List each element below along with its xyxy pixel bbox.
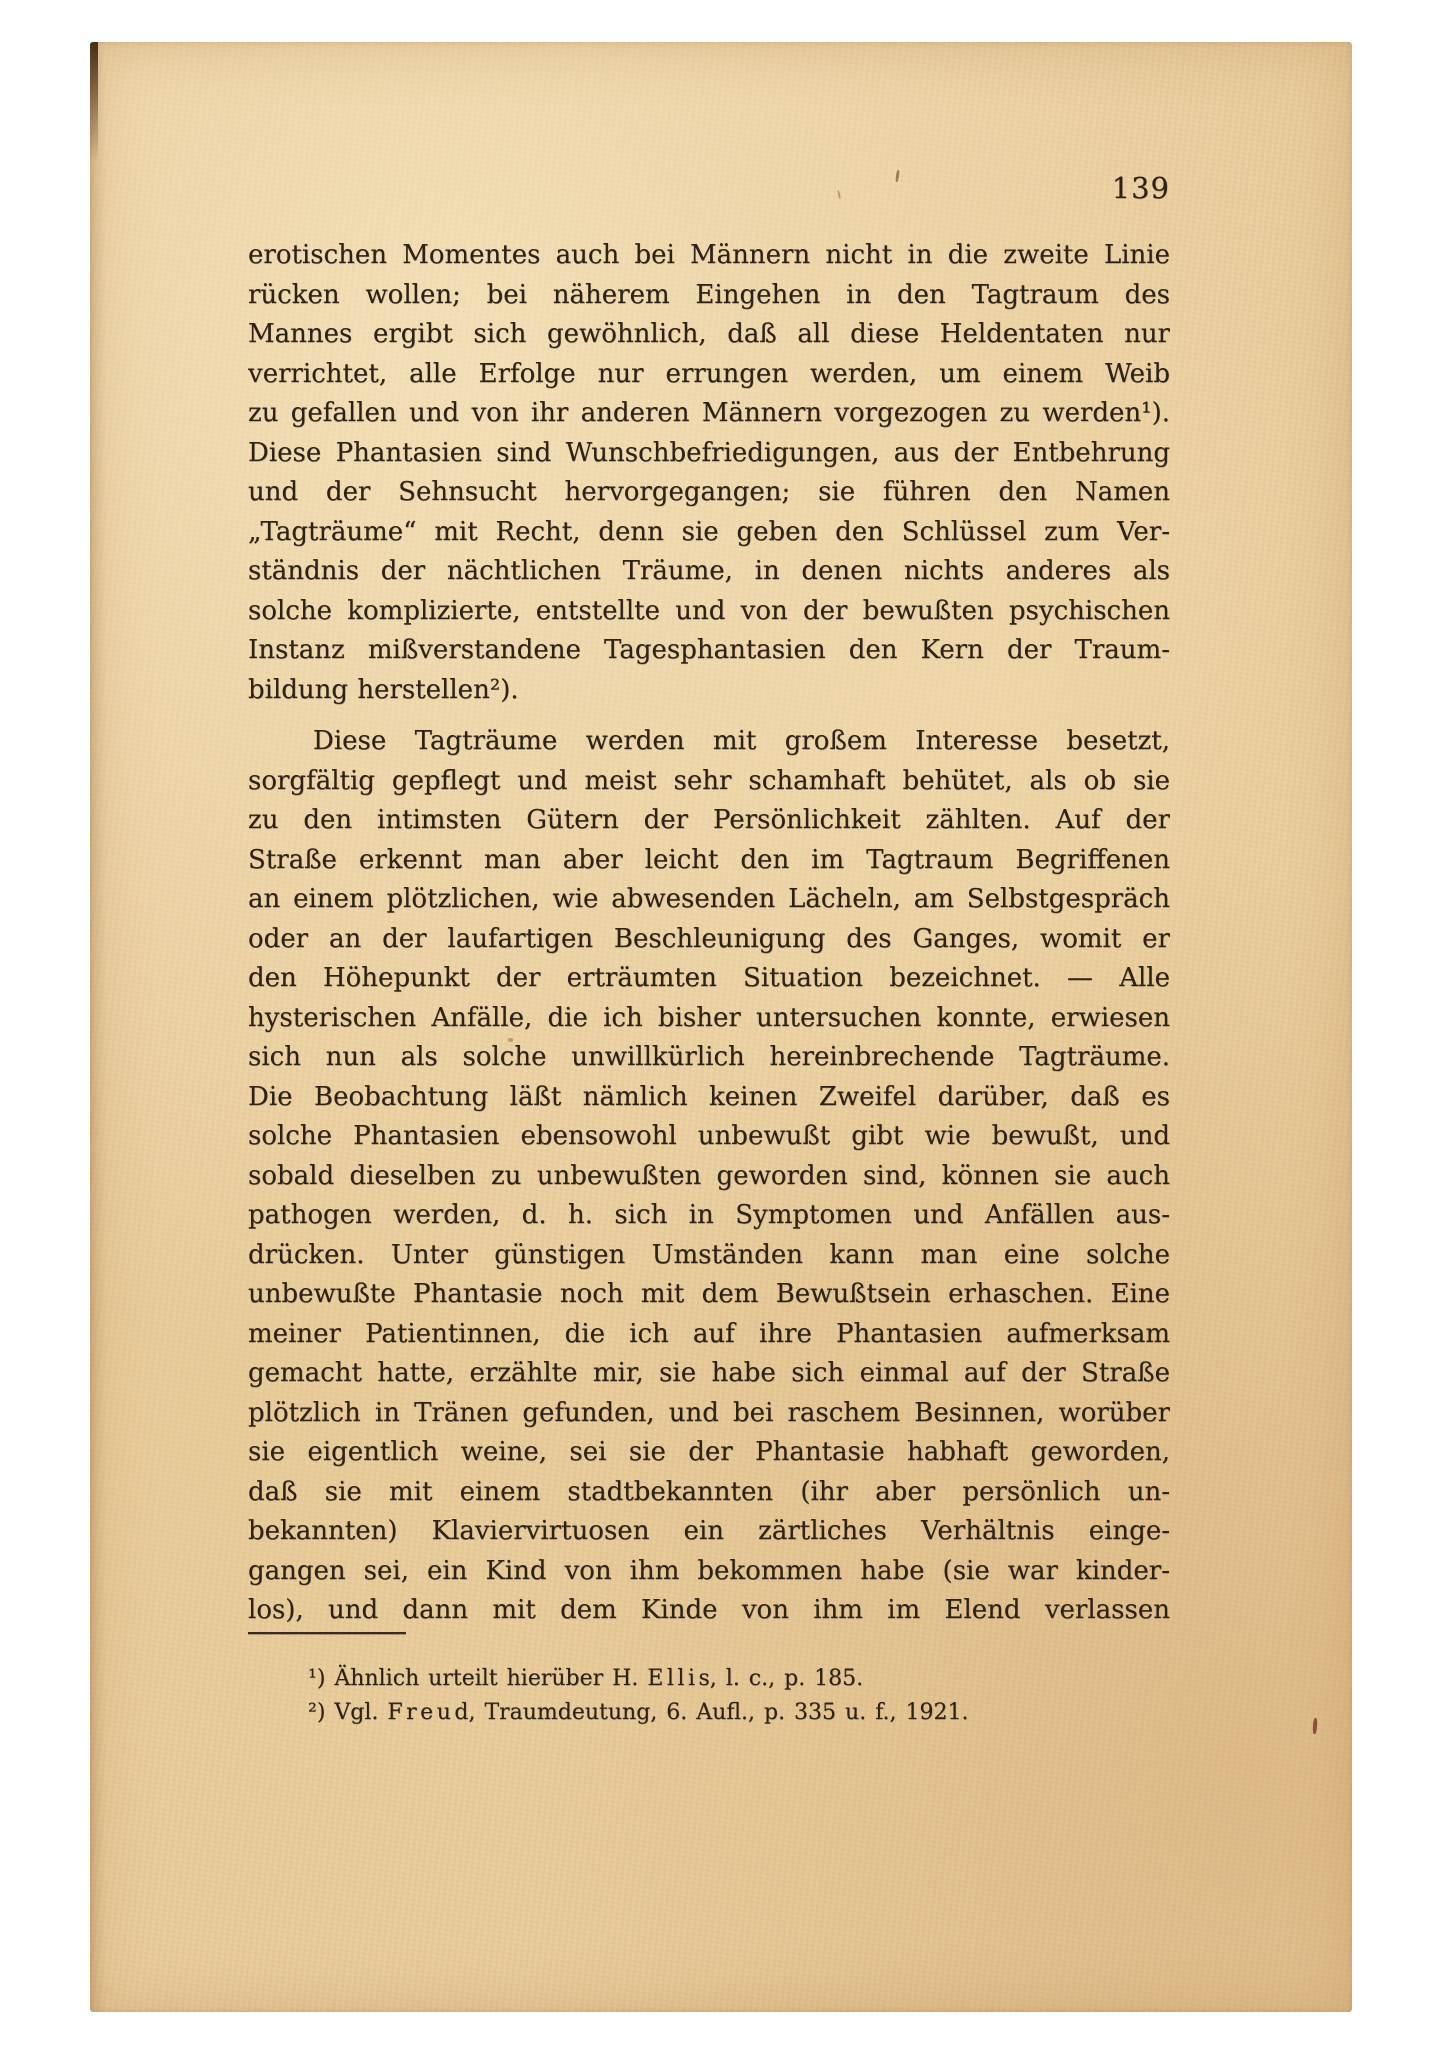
text-line: plötzlich in Tränen gefunden, und bei ra… [248,1394,1170,1434]
text-line: Mannes ergibt sich gewöhnlich, daß all d… [248,315,1170,355]
text-line: daß sie mit einem stadtbekannten (ihr ab… [248,1473,1170,1513]
text-line: Die Beobachtung läßt nämlich keinen Zwei… [248,1078,1170,1118]
paper-speck [508,1038,513,1042]
footnote-2-text: ²) Vgl. [308,1700,387,1725]
text-line: unbewußte Phantasie noch mit dem Bewußts… [248,1275,1170,1315]
text-line: hysterischen Anfälle, die ich bisher unt… [248,999,1170,1039]
text-line: los), und dann mit dem Kinde von ihm im … [248,1591,1170,1631]
page-number: 139 [248,168,1170,208]
text-line: verrichtet, alle Erfolge nur errungen we… [248,355,1170,395]
text-line: ständnis der nächtlichen Träume, in dene… [248,552,1170,592]
text-line: meiner Patientinnen, die ich auf ihre Ph… [248,1315,1170,1355]
text-line: und der Sehnsucht hervorgegangen; sie fü… [248,473,1170,513]
text-line: Straße erkennt man aber leicht den im Ta… [248,841,1170,881]
body-text: erotischen Momentes auch bei Männern nic… [248,236,1170,1631]
text-line: „Tagträume“ mit Recht, denn sie geben de… [248,513,1170,553]
scan-background: 139 erotischen Momentes auch bei Männern… [0,0,1435,2068]
text-line: solche komplizierte, entstellte und von … [248,592,1170,632]
footnote-2: ²) Vgl. Freud, Traumdeutung, 6. Aufl., p… [248,1696,1170,1730]
text-line: zu gefallen und von ihr anderen Männern … [248,394,1170,434]
book-page: 139 erotischen Momentes auch bei Männern… [90,42,1352,2012]
footnote-1-text: ¹) Ähnlich urteilt hierüber H. [308,1666,647,1691]
text-line: pathogen werden, d. h. sich in Symptomen… [248,1196,1170,1236]
text-line: den Höhepunkt der erträumten Situation b… [248,959,1170,999]
text-line: bekannten) Klaviervirtuosen ein zärtlich… [248,1512,1170,1552]
footnote-separator-rule [248,1632,406,1634]
text-line: sobald dieselben zu unbewußten geworden … [248,1157,1170,1197]
text-line: rücken wollen; bei näherem Eingehen in d… [248,276,1170,316]
text-line: bildung herstellen²). [248,671,1170,711]
text-line: gangen sei, ein Kind von ihm bekommen ha… [248,1552,1170,1592]
paragraph-1: erotischen Momentes auch bei Männern nic… [248,236,1170,710]
text-line: sich nun als solche unwillkürlich herein… [248,1038,1170,1078]
text-line: gemacht hatte, erzählte mir, sie habe si… [248,1354,1170,1394]
footnote-1: ¹) Ähnlich urteilt hierüber H. Ellis, l.… [248,1662,1170,1696]
text-line: Diese Tagträume werden mit großem Intere… [248,722,1170,762]
text-line: erotischen Momentes auch bei Männern nic… [248,236,1170,276]
footnote-1-citation: , l. c., p. 185. [710,1666,863,1691]
text-line: solche Phantasien ebensowohl unbewußt gi… [248,1117,1170,1157]
footnotes: ¹) Ähnlich urteilt hierüber H. Ellis, l.… [248,1632,1170,1730]
footnote-2-citation: , Traumdeutung, 6. Aufl., p. 335 u. f., … [468,1700,968,1725]
text-line: sorgfältig gepflegt und meist sehr scham… [248,762,1170,802]
footnote-1-author: Ellis [647,1666,713,1691]
text-line: Diese Phantasien sind Wunschbefriedigung… [248,434,1170,474]
text-line: oder an der laufartigen Beschleunigung d… [248,920,1170,960]
text-line: zu den intimsten Gütern der Persönlichke… [248,801,1170,841]
text-line: drücken. Unter günstigen Umständen kann … [248,1236,1170,1276]
footnote-2-author: Freud [387,1700,472,1725]
text-line: an einem plötzlichen, wie abwesenden Läc… [248,880,1170,920]
paragraph-2: Diese Tagträume werden mit großem Intere… [248,722,1170,1631]
text-line: Instanz mißverstandene Tagesphantasien d… [248,631,1170,671]
text-line: sie eigentlich weine, sei sie der Phanta… [248,1433,1170,1473]
paper-speck [1312,1718,1317,1734]
